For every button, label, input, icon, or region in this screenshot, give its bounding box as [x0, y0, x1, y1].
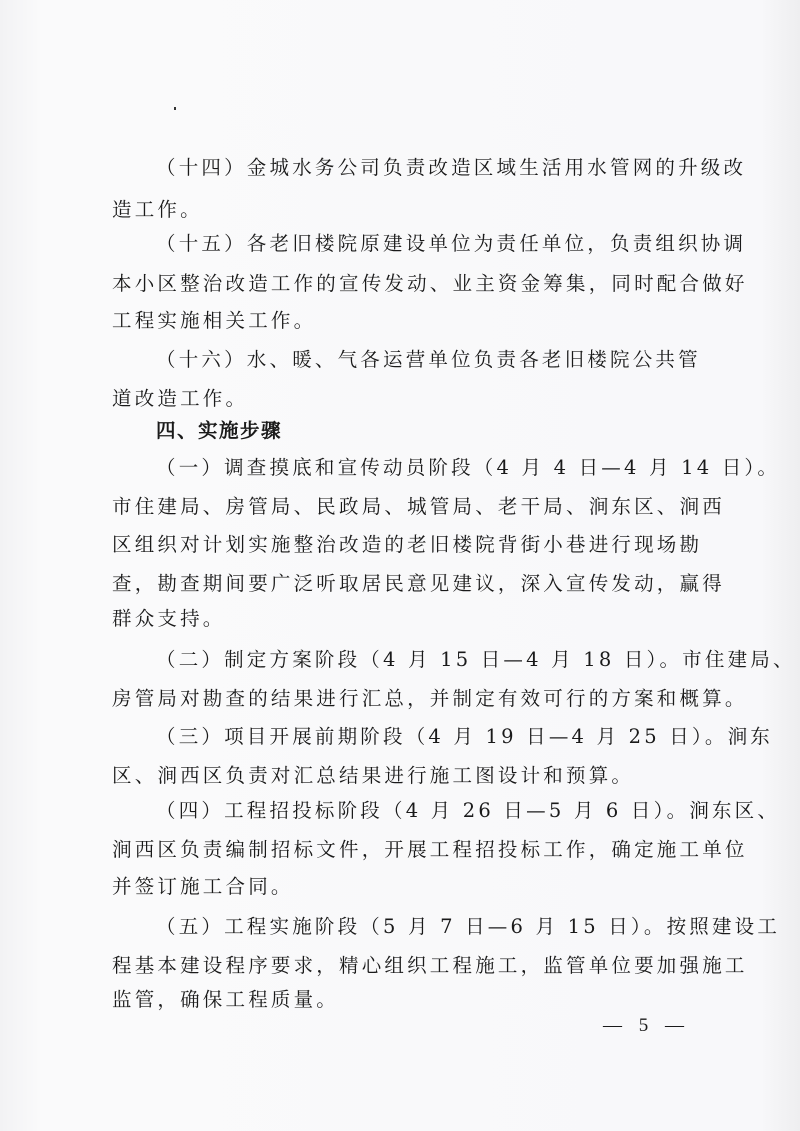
step-1-line-4: 查，勘查期间要广泛听取居民意见建议，深入宣传发动，赢得: [112, 569, 712, 599]
paragraph-16-line-2: 道改造工作。: [112, 384, 712, 414]
step-3-line-2: 区、涧西区负责对汇总结果进行施工图设计和预算。: [112, 761, 712, 791]
page-number: — 5 —: [603, 1015, 690, 1037]
step-5-line-1: （五）工程实施阶段（5 月 7 日—6 月 15 日）。按照建设工: [156, 912, 712, 942]
paragraph-16-line-1: （十六）水、暖、气各运营单位负责各老旧楼院公共管: [156, 345, 712, 375]
step-4-line-2: 涧西区负责编制招标文件，开展工程招投标工作，确定施工单位: [112, 835, 712, 865]
step-4-line-3: 并签订施工合同。: [112, 872, 712, 902]
scanned-document-page: （十四）金城水务公司负责改造区域生活用水管网的升级改 造工作。 （十五）各老旧楼…: [0, 0, 800, 1131]
paragraph-14-line-2: 造工作。: [112, 195, 712, 225]
scan-speck: [174, 107, 176, 110]
paragraph-15-line-3: 工程实施相关工作。: [112, 306, 712, 336]
paragraph-15-line-2: 本小区整治改造工作的宣传发动、业主资金筹集，同时配合做好: [112, 269, 712, 299]
step-1-line-1: （一）调查摸底和宣传动员阶段（4 月 4 日—4 月 14 日）。: [156, 453, 712, 483]
section-heading: 四、实施步骤: [156, 416, 282, 446]
step-1-line-3: 区组织对计划实施整治改造的老旧楼院背街小巷进行现场勘: [112, 530, 712, 560]
paragraph-15-line-1: （十五）各老旧楼院原建设单位为责任单位，负责组织协调: [156, 229, 712, 259]
step-2-line-2: 房管局对勘查的结果进行汇总，并制定有效可行的方案和概算。: [112, 684, 712, 714]
step-3-line-1: （三）项目开展前期阶段（4 月 19 日—4 月 25 日）。涧东: [156, 722, 712, 752]
step-4-line-1: （四）工程招投标阶段（4 月 26 日—5 月 6 日）。涧东区、: [156, 796, 712, 826]
step-1-line-2: 市住建局、房管局、民政局、城管局、老干局、涧东区、涧西: [112, 492, 712, 522]
paragraph-14-line-1: （十四）金城水务公司负责改造区域生活用水管网的升级改: [156, 153, 712, 183]
step-5-line-2: 程基本建设程序要求，精心组织工程施工，监管单位要加强施工: [112, 951, 712, 981]
step-5-line-3: 监管，确保工程质量。: [112, 985, 712, 1015]
step-1-line-5: 群众支持。: [112, 604, 712, 634]
step-2-line-1: （二）制定方案阶段（4 月 15 日—4 月 18 日）。市住建局、: [156, 645, 712, 675]
